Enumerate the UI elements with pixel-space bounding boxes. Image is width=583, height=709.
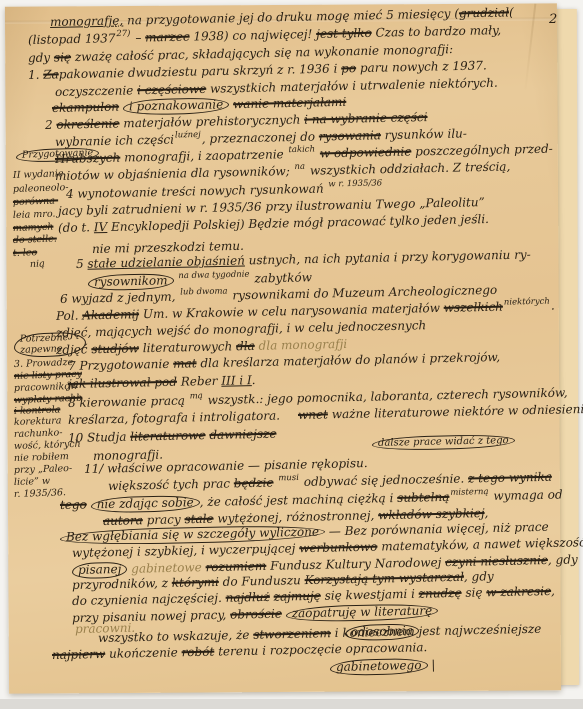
- text-segment: pracowników: [14, 381, 79, 394]
- text-segment: się: [461, 585, 486, 600]
- text-segment: 1938) co najwięcej!: [189, 27, 316, 44]
- text-segment: 5: [76, 257, 88, 271]
- text-segment: oczyszczenie: [55, 83, 137, 99]
- manuscript-line: jak ilustrował pod Reber III i I.: [68, 374, 256, 391]
- text-segment: w zakresie: [486, 584, 551, 599]
- margin-note: wość, których: [14, 440, 81, 453]
- text-segment: monografję,: [50, 13, 123, 29]
- text-segment: i częściowe: [137, 82, 206, 97]
- text-segment: wymaga od: [489, 487, 562, 503]
- text-segment: jest tylko: [316, 26, 372, 41]
- text-segment: |: [427, 658, 435, 672]
- text-segment: autora: [103, 513, 143, 528]
- text-segment: tego: [60, 497, 87, 512]
- text-segment: którymi: [172, 575, 219, 590]
- text-segment: po: [341, 61, 356, 75]
- text-segment: gabinetowe: [131, 560, 202, 575]
- text-segment: najpierw: [52, 647, 106, 662]
- manuscript-text: 2 monografję, na przygotowanie jej do dr…: [0, 0, 583, 709]
- text-segment: 6 wyjazd z jednym,: [60, 290, 180, 306]
- text-segment: studjów: [91, 341, 139, 356]
- text-segment: (listopad 1937: [28, 31, 116, 47]
- text-segment: [282, 607, 286, 621]
- text-segment: musi: [278, 473, 299, 483]
- text-segment: robót: [181, 645, 214, 660]
- text-segment: określenie: [56, 116, 119, 131]
- text-segment: subtelną: [397, 490, 450, 505]
- text-segment: stworzeniem: [253, 626, 331, 642]
- text-segment: na: [294, 162, 305, 172]
- text-segment: w r. 1935/36: [328, 178, 382, 189]
- text-segment: ,: [484, 506, 488, 520]
- text-segment: korektura: [14, 415, 62, 428]
- text-segment: 2: [45, 118, 57, 132]
- text-segment: literaturowych: [139, 339, 236, 355]
- text-segment: odbywać się jednocześnie.: [300, 471, 468, 489]
- text-segment: znudzę: [419, 586, 462, 601]
- manuscript-line: gabinetowego |: [330, 658, 436, 676]
- text-segment: przy „Paleo-: [14, 463, 73, 476]
- manuscript-line: wszystko to wskazuje, że stworzeniem i k…: [98, 623, 542, 645]
- margin-note: leia mro.: [13, 210, 56, 222]
- text-segment: będzie: [234, 476, 274, 491]
- text-segment: nie zdając sobie: [90, 495, 199, 513]
- margin-note: do stelle.: [13, 234, 57, 246]
- text-segment: się: [54, 50, 71, 64]
- text-segment: do Funduszu: [219, 573, 305, 589]
- text-segment: 4 wynotowanie treści nowych rysunkowań: [66, 182, 328, 201]
- text-segment: ,: [551, 584, 555, 598]
- text-segment: gdy: [28, 50, 54, 65]
- margin-note: t. leo: [13, 248, 38, 259]
- text-segment: –: [131, 31, 145, 45]
- text-segment: obroście: [230, 607, 282, 622]
- text-segment: matematyków, a nawet większość: [377, 535, 583, 553]
- text-segment: Pol.: [56, 308, 83, 323]
- text-segment: wnet: [298, 407, 328, 422]
- manuscript-line: wnet ważne literaturowe niektóre w odnie…: [298, 403, 583, 422]
- text-segment: wszelkich: [444, 300, 504, 315]
- text-segment: rysunków ilu-: [381, 126, 467, 142]
- text-segment: III i I: [221, 373, 252, 388]
- text-segment: r. 1935/36.: [14, 487, 66, 500]
- text-segment: wość, których: [14, 439, 81, 452]
- text-segment: 27): [116, 29, 130, 39]
- text-segment: mamych: [13, 222, 54, 234]
- text-segment: gabinetowego: [330, 658, 428, 676]
- text-segment: terenu i rozpoczęcie opracowania.: [214, 640, 427, 658]
- text-segment: ustnych, na ich pytania i przy korygowan…: [245, 247, 531, 267]
- text-segment: miotów w objaśnienia dla rysowników;: [55, 164, 294, 183]
- text-segment: lub dwoma: [180, 286, 228, 297]
- text-segment: takich: [288, 145, 315, 156]
- text-segment: rysownikom: [88, 273, 174, 291]
- text-segment: najdłuż: [225, 590, 270, 605]
- text-segment: większość tych prac: [108, 476, 234, 493]
- text-segment: Akademij: [82, 307, 139, 322]
- text-segment: rachunko-: [14, 427, 63, 440]
- text-segment: , gdy: [548, 552, 578, 567]
- manuscript-line: dalsze prace widać z tego: [372, 434, 515, 450]
- text-segment: Reber: [177, 374, 222, 389]
- text-segment: rysowania: [319, 128, 381, 143]
- text-segment: poszczególnych przed-: [411, 142, 553, 159]
- manuscript-line: zdjęć, mających wejść do monografji, i w…: [56, 319, 426, 339]
- margin-note: mamych: [13, 223, 54, 235]
- text-segment: zabytków: [250, 270, 312, 285]
- margin-note: r. 1935/36.: [14, 488, 66, 500]
- text-segment: (: [509, 5, 514, 19]
- margin-note: porówna-: [13, 196, 59, 208]
- text-segment: IV: [94, 220, 108, 234]
- text-segment: paru nowych z 1937.: [356, 58, 487, 75]
- text-segment: .: [252, 373, 256, 387]
- text-segment: paleoneolo-: [13, 182, 69, 195]
- manuscript-line: 10 Studja literaturowe dawniejsze: [68, 428, 277, 445]
- text-segment: dalsze prace widać z tego: [372, 434, 515, 450]
- page-number: 2: [549, 12, 557, 27]
- text-segment: luźnej: [175, 130, 201, 141]
- text-segment: werbunkowo: [299, 540, 378, 556]
- text-segment: zajmuję: [274, 589, 321, 604]
- backdrop-edge: [0, 699, 583, 709]
- text-segment: Czas to bardzo mały,: [372, 23, 502, 40]
- margin-note: licie” w: [14, 477, 50, 489]
- text-segment: ukończenie: [105, 645, 182, 661]
- text-segment: [87, 497, 91, 511]
- text-segment: rozumiem: [205, 559, 266, 574]
- text-segment: przyrodników, z: [72, 576, 172, 592]
- text-segment: do stelle.: [13, 233, 57, 246]
- text-segment: misterną: [450, 487, 488, 498]
- text-segment: Potrzebne zapewne: [14, 331, 87, 357]
- text-segment: Korzystają tym wystarczał: [304, 570, 464, 587]
- text-segment: na dwa tygodnie: [178, 270, 249, 281]
- margin-note: nią: [30, 259, 45, 270]
- text-segment: pracy: [143, 512, 185, 527]
- text-segment: 3. Prowadze: [14, 357, 74, 370]
- text-segment: nią: [30, 258, 45, 270]
- margin-note: paleoneolo-: [13, 183, 69, 195]
- text-segment: w odpowiednie: [320, 145, 412, 161]
- text-segment: monografji, i zaopatrzenie: [120, 147, 287, 164]
- text-segment: zaopatruję w literaturę: [286, 603, 439, 622]
- text-segment: licie” w: [14, 476, 50, 488]
- text-segment: dawniejsze: [209, 427, 276, 442]
- text-segment: stałe udzielanie objaśnień: [87, 253, 245, 270]
- text-segment: dla monografji: [258, 337, 347, 353]
- text-segment: wanie materjałami: [233, 95, 347, 111]
- text-segment: kreślarza, fotografa i introligatora.: [68, 409, 280, 427]
- text-segment: i na wybranie części: [304, 110, 428, 127]
- text-segment: mat: [173, 356, 197, 370]
- text-segment: wszystkich oddziałach. Z treścią,: [306, 159, 510, 177]
- text-segment: się kwestjami i: [321, 587, 419, 603]
- margin-note: II wydanie: [13, 169, 64, 181]
- text-segment: do czynienia najczęściej.: [72, 591, 226, 608]
- text-segment: marzec: [145, 30, 190, 45]
- text-segment: 8 kierowanie pracą: [68, 393, 189, 410]
- text-segment: II wydanie: [13, 168, 64, 181]
- manuscript-line: kreślarza, fotografa i introligatora.: [68, 410, 280, 427]
- text-segment: jak ilustrował pod: [68, 375, 177, 391]
- text-segment: t. leo: [13, 247, 38, 259]
- text-segment: niektórych: [504, 297, 550, 308]
- text-segment: wszystko to wskazuje, że: [98, 628, 254, 645]
- text-segment: , że całość jest machiną ciężką i: [200, 491, 398, 509]
- text-segment: materjałów prehistorycznych: [119, 113, 304, 131]
- text-segment: czyni niesłusznie: [445, 553, 548, 569]
- text-segment: mą: [190, 391, 203, 401]
- text-segment: .: [551, 299, 555, 313]
- text-segment: wybranie ich części: [55, 133, 174, 149]
- text-segment: ważne literaturowe niektóre w odniesieni…: [328, 402, 583, 422]
- text-segment: Za: [43, 67, 59, 81]
- text-segment: dla: [236, 339, 255, 353]
- text-segment: z tego wynika: [468, 470, 552, 486]
- text-segment: literaturowe: [130, 428, 206, 444]
- text-segment: ekampulon: [52, 100, 119, 115]
- margin-note: przy „Paleo-: [14, 464, 72, 476]
- text-segment: grudział: [459, 5, 509, 20]
- text-segment: nie robiłem: [14, 451, 69, 464]
- text-segment: , przeznaczonej do: [202, 129, 319, 145]
- text-segment: leia mro.: [13, 209, 56, 221]
- text-segment: 7 Przygotowanie: [68, 357, 174, 373]
- text-segment: wszystkich materjałów i utrwalenie niekt…: [206, 76, 498, 96]
- text-segment: i koniecznem jest najwcześniejsze: [331, 622, 542, 640]
- text-segment: (do t.: [58, 220, 94, 235]
- text-segment: , gdy: [464, 569, 494, 584]
- text-segment: stale: [184, 512, 213, 527]
- text-segment: wkładów szybkiej: [378, 506, 485, 522]
- text-segment: 1.: [28, 68, 44, 82]
- text-segment: porówna-: [13, 195, 59, 208]
- margin-note: Potrzebne zapewne: [14, 331, 87, 357]
- text-segment: i poznakowanie: [123, 97, 230, 115]
- text-segment: pakowanie dwudziestu paru skrzyń z r. 19…: [59, 61, 342, 81]
